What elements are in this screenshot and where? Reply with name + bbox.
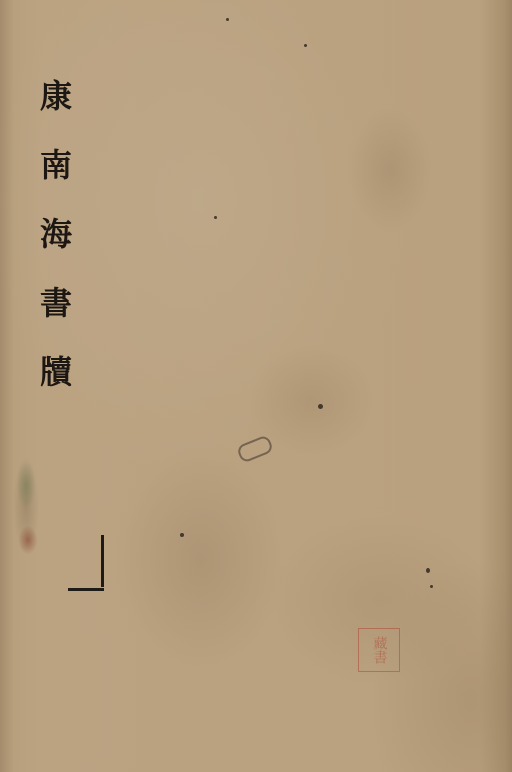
ink-spot [304, 44, 307, 47]
book-cover: 康 南 海 書 牘 藏書 [0, 0, 512, 772]
ink-spot [426, 568, 430, 573]
title-char-2: 南 [40, 147, 72, 183]
ink-spot [430, 585, 433, 588]
spine-stain [6, 445, 42, 570]
title-char-4: 書 [40, 285, 72, 321]
title-column: 康 南 海 書 牘 [36, 78, 76, 390]
paper-clip-mark [236, 434, 274, 463]
bracket-vertical-stroke [101, 535, 104, 587]
bracket-horizontal-stroke [68, 588, 104, 591]
ink-spot [226, 18, 229, 21]
title-char-1: 康 [40, 78, 72, 114]
ink-spot [180, 533, 184, 537]
title-char-5: 牘 [40, 354, 72, 390]
ink-spot [214, 216, 217, 219]
ink-spot [318, 404, 323, 409]
volume-bracket-mark [68, 535, 104, 591]
red-seal-stamp: 藏書 [358, 628, 400, 672]
title-char-3: 海 [40, 216, 72, 252]
